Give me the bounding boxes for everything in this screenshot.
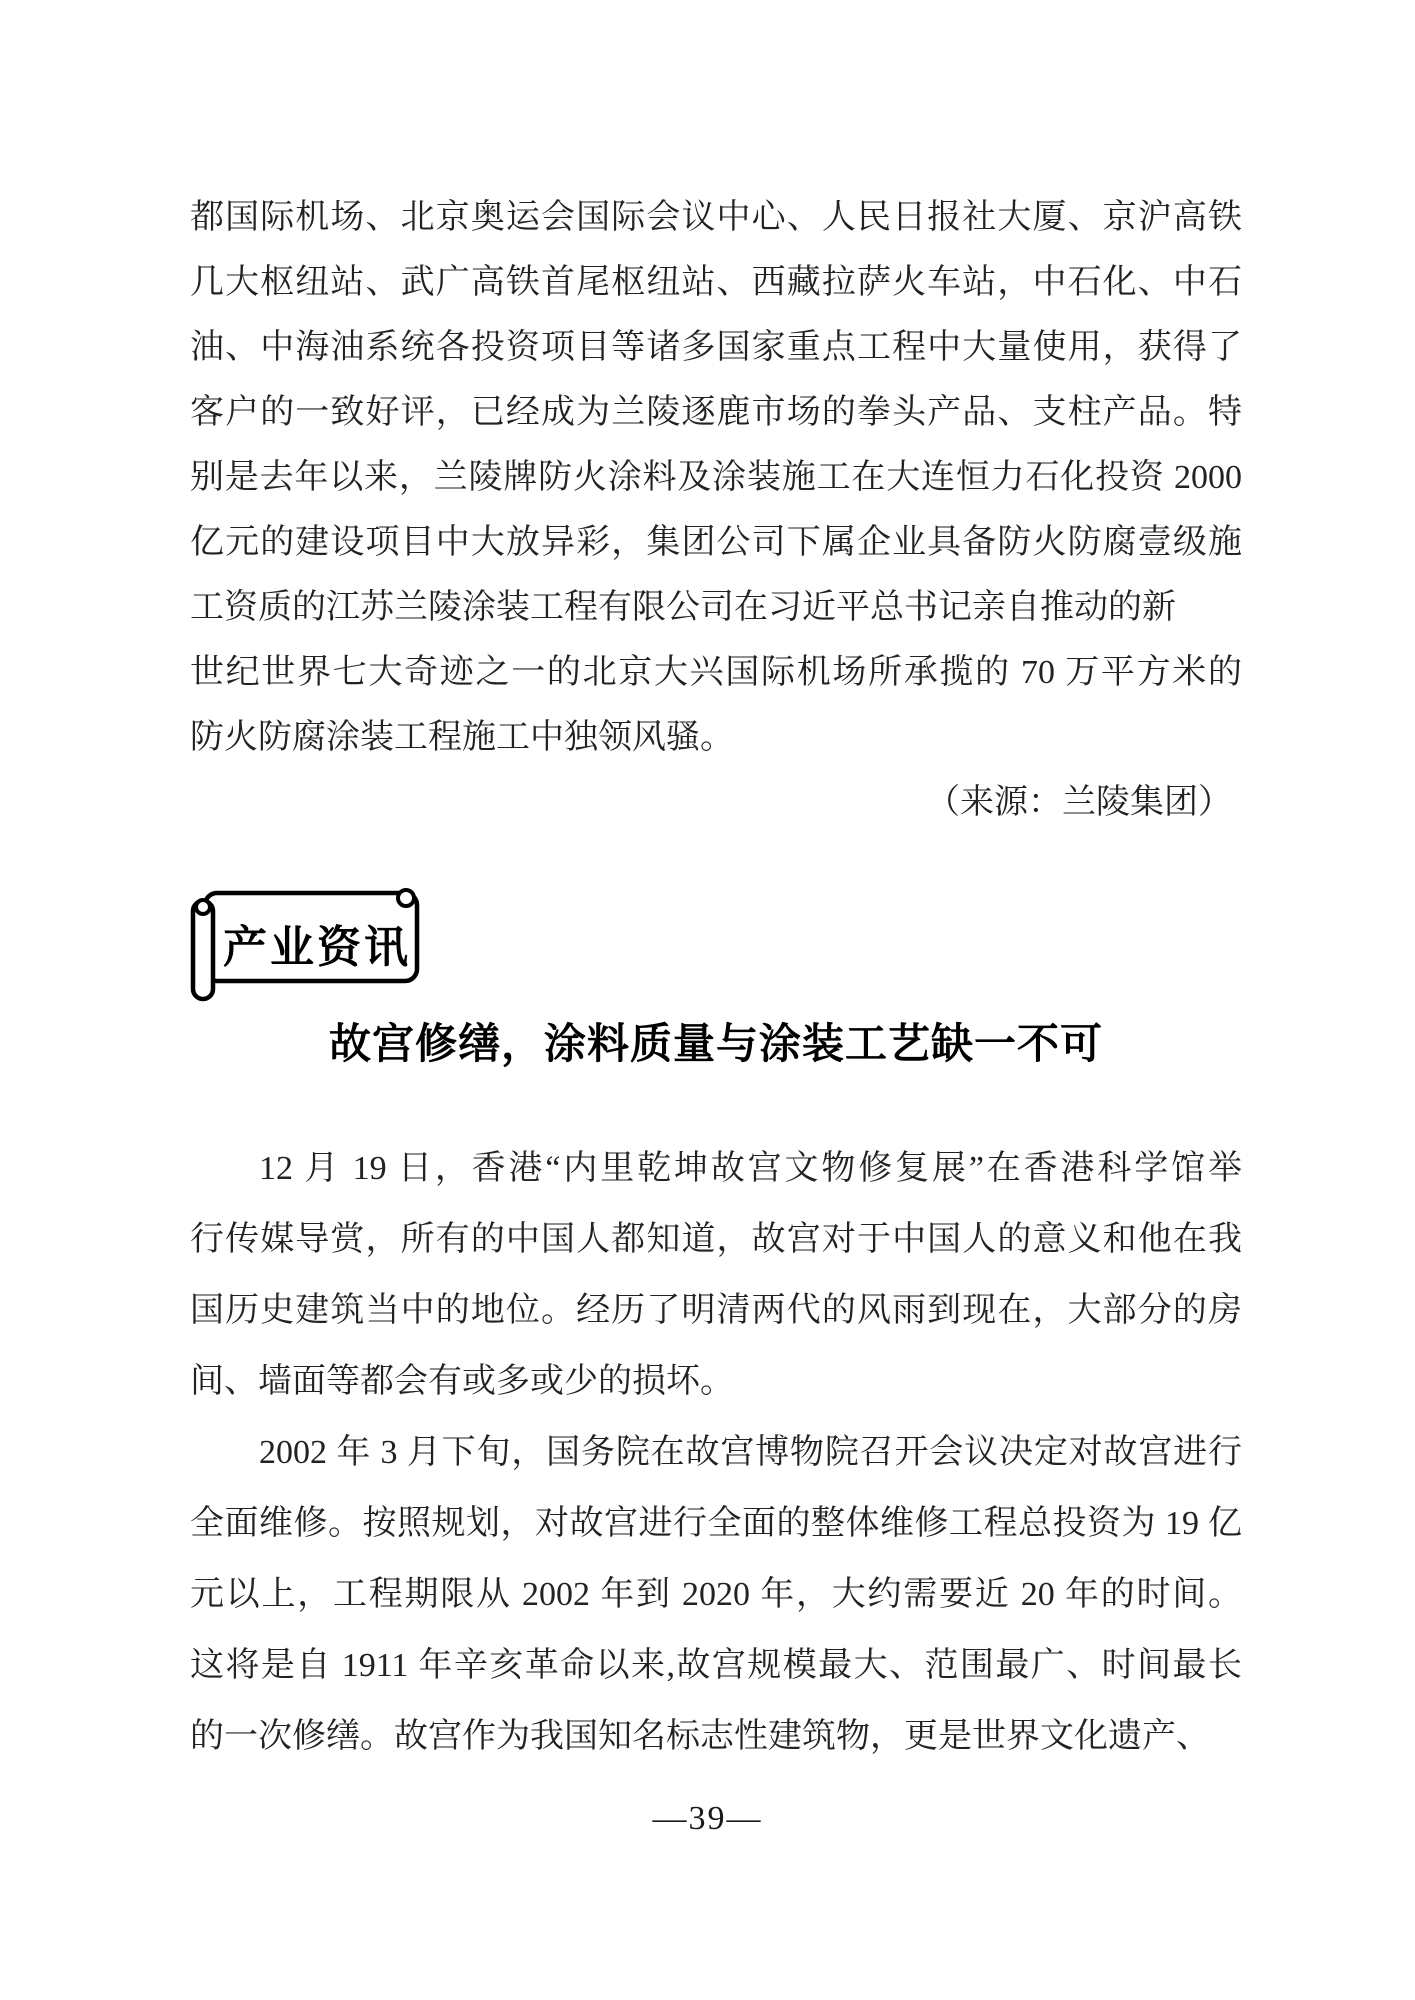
article-paragraph-1: 12 月 19 日，香港“内里乾坤故宫文物修复展”在香港科学馆举 行传媒导赏，所…: [190, 1133, 1242, 1417]
industry-news-banner: 产业资讯: [187, 885, 431, 1003]
body-line: 世纪世界七大奇迹之一的北京大兴国际机场所承揽的 70 万平方米的: [190, 640, 1242, 705]
page-number: —39—: [0, 1800, 1415, 1838]
lead-article-continuation: 都国际机场、北京奥运会国际会议中心、人民日报社大厦、京沪高铁 几大枢纽站、武广高…: [190, 185, 1242, 835]
body-line: 元以上，工程期限从 2002 年到 2020 年，大约需要近 20 年的时间。: [190, 1559, 1242, 1630]
body-line: 亿元的建设项目中大放异彩，集团公司下属企业具备防火防腐壹级施: [190, 510, 1242, 575]
body-line: 行传媒导赏，所有的中国人都知道，故宫对于中国人的意义和他在我: [190, 1204, 1242, 1275]
body-line: 这将是自 1911 年辛亥革命以来,故宫规模最大、范围最广、时间最长: [190, 1630, 1242, 1701]
body-line: 12 月 19 日，香港“内里乾坤故宫文物修复展”在香港科学馆举: [190, 1133, 1242, 1204]
body-line: 别是去年以来，兰陵牌防火涂料及涂装施工在大连恒力石化投资 2000: [190, 445, 1242, 510]
article-paragraph-2: 2002 年 3 月下旬，国务院在故宫博物院召开会议决定对故宫进行 全面维修。按…: [190, 1417, 1242, 1772]
body-line: 几大枢纽站、武广高铁首尾枢纽站、西藏拉萨火车站，中石化、中石: [190, 250, 1242, 315]
body-line: 防火防腐涂装工程施工中独领风骚。: [190, 705, 1242, 770]
banner-label: 产业资讯: [223, 911, 413, 975]
body-line: 2002 年 3 月下旬，国务院在故宫博物院召开会议决定对故宫进行: [190, 1417, 1242, 1488]
page-content: 都国际机场、北京奥运会国际会议中心、人民日报社大厦、京沪高铁 几大枢纽站、武广高…: [190, 185, 1242, 1772]
body-line: 全面维修。按照规划，对故宫进行全面的整体维修工程总投资为 19 亿: [190, 1488, 1242, 1559]
body-line: 间、墙面等都会有或多或少的损坏。: [190, 1346, 1242, 1417]
source-credit: （来源：兰陵集团）: [190, 770, 1242, 835]
body-line: 的一次修缮。故宫作为我国知名标志性建筑物，更是世界文化遗产、: [190, 1701, 1242, 1772]
body-line: 客户的一致好评，已经成为兰陵逐鹿市场的拳头产品、支柱产品。特: [190, 380, 1242, 445]
body-line: 工资质的江苏兰陵涂装工程有限公司在习近平总书记亲自推动的新: [190, 575, 1242, 640]
document-page: 都国际机场、北京奥运会国际会议中心、人民日报社大厦、京沪高铁 几大枢纽站、武广高…: [0, 0, 1415, 2000]
body-line: 国历史建筑当中的地位。经历了明清两代的风雨到现在，大部分的房: [190, 1275, 1242, 1346]
article-title: 故宫修缮，涂料质量与涂装工艺缺一不可: [190, 1017, 1242, 1073]
body-line: 都国际机场、北京奥运会国际会议中心、人民日报社大厦、京沪高铁: [190, 185, 1242, 250]
body-line: 油、中海油系统各投资项目等诸多国家重点工程中大量使用，获得了: [190, 315, 1242, 380]
